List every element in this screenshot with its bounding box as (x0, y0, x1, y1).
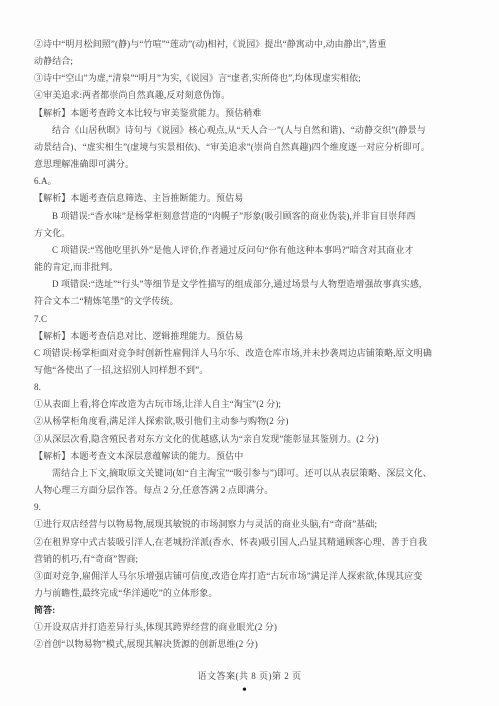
answer-text-block: ②诗中“明月松间照”(静)与“竹喧”“莲动”(动)相衬,《说园》提出“静寓动中,… (34, 36, 470, 654)
answer-line: 动静结合; (34, 53, 470, 70)
answer-line: ①开设双店并打造差异行头,体现其跨界经营的商业眼光(2 分) (34, 619, 470, 636)
answer-line: ②首创“以物易物”模式,展现其解决货源的创新思维(2 分) (34, 636, 470, 653)
answer-line: 动景结合)、“虚实相生”(虚境与实景相依)、“审美追求”(崇尚自然真趣)四个维度… (34, 139, 470, 156)
answer-line: ②在租界穿中式古装吸引洋人,在老城扮洋派(香水、怀表)吸引国人,凸显其精通顾客心… (34, 534, 470, 551)
answer-line: 9. (34, 499, 470, 516)
answer-line: C 项错误:“骂他吃里扒外”是他人评价,作者通过反问句“你有他这种本事吗?”暗含… (34, 242, 470, 259)
answer-line: B 项错误:“香水味”是杨掌柜刻意营造的“肉幌子”形象(吸引顾客的商业伪装),并… (34, 208, 470, 225)
answer-line: 6.A。 (34, 173, 470, 190)
answer-line: 【解析】本题考查跨文本比较与审美鉴赏能力。预估稍难 (34, 105, 470, 122)
answer-line: 写他“各使出了一招,这招别人同样想不到”。 (34, 362, 470, 379)
answer-line: ④审美追求:两者都崇尚自然真趣,反对刻意伪饰。 (34, 87, 470, 104)
page-bullet-dot: • (242, 684, 247, 698)
answer-line: ①从表面上看,将仓库改造为古玩市场,让洋人自主“淘宝”(2 分); (34, 396, 470, 413)
page-footer: 语文答案(共 8 页)第 2 页 (0, 669, 499, 682)
answer-line: 营销的机巧,有“奇商”智商; (34, 551, 470, 568)
answer-line: ③从深层次看,隐含殖民者对东方文化的优越感,认为“亲自发现”能彰显其鉴别力。(2… (34, 431, 470, 448)
answer-line: 【解析】本题考查信息筛选、主旨推断能力。预估易 (34, 190, 470, 207)
answer-line: D 项错误:“选址”“行头”等细节是文学性描写的组成部分,通过场景与人物塑造增强… (34, 276, 470, 293)
answer-line: 【解析】本题考查信息对比、逻辑推理能力。预估易 (34, 328, 470, 345)
answer-line: ③面对竞争,雇佣洋人马尔乐增强店铺可信度,改造仓库打造“古玩市场”满足洋人探索欲… (34, 568, 470, 585)
answer-line: 能的肯定,而非批判。 (34, 259, 470, 276)
answer-line: 符合文本二“精炼笔墨”的文学传统。 (34, 293, 470, 310)
answer-line: 方文化。 (34, 225, 470, 242)
answer-line: 力与前瞻性,最终完成“华洋通吃”的立体形象。 (34, 585, 470, 602)
answer-line: ②诗中“明月松间照”(静)与“竹喧”“莲动”(动)相衬,《说园》提出“静寓动中,… (34, 36, 470, 53)
answer-line: 8. (34, 379, 470, 396)
answer-line: C 项错误:杨掌柜面对竞争时创新性雇佣洋人马尔乐、改造仓库市场,并未抄袭周边店铺… (34, 345, 470, 362)
answer-line: 简答: (34, 602, 470, 619)
answer-line: ①进行双店经营与以物易物,展现其敏锐的市场洞察力与灵活的商业头脑,有“奇商”基础… (34, 516, 470, 533)
answer-line: 【解析】本题考查文本深层意蕴解读的能力。预估中 (34, 448, 470, 465)
answer-line: 结合《山居秋暝》诗句与《说园》核心观点,从“天人合一”(人与自然和谐)、“动静交… (34, 122, 470, 139)
answer-sheet-page: ②诗中“明月松间照”(静)与“竹喧”“莲动”(动)相衬,《说园》提出“静寓动中,… (0, 0, 499, 706)
answer-line: ③诗中“空山”为虚,“清泉”“明月”为实,《说园》言“虚者,实所倚也”,均体现虚… (34, 70, 470, 87)
answer-line: 7.C (34, 311, 470, 328)
answer-line: ②从杨掌柜角度看,满足洋人探索欲,吸引他们主动参与购物(2 分) (34, 413, 470, 430)
answer-line: 需结合上下文,摘取原文关键词(如“自主淘宝”“吸引参与”)即可。还可以从表层策略… (34, 465, 470, 482)
answer-line: 人物心理三方面分层作答。每点 2 分,任意答满 2 点即满分。 (34, 482, 470, 499)
answer-line: 意思理解准确即可满分。 (34, 156, 470, 173)
